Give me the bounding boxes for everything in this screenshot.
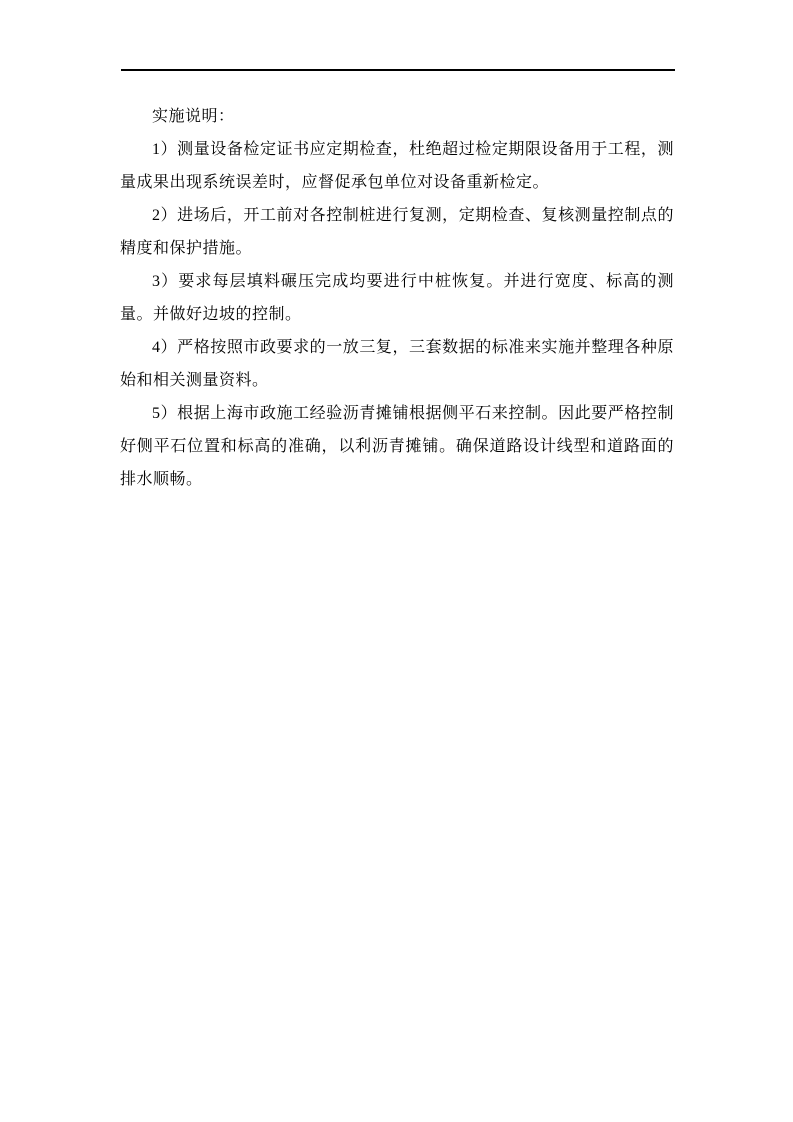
paragraph-item-5: 5）根据上海市政施工经验沥青摊铺根据侧平石来控制。因此要严格控制好侧平石位置和标… [120,397,674,496]
paragraph-item-4: 4）严格按照市政要求的一放三复，三套数据的标准来实施并整理各种原始和相关测量资料… [120,331,674,397]
paragraph-item-3: 3）要求每层填料碾压完成均要进行中桩恢复。并进行宽度、标高的测量。并做好边坡的控… [120,265,674,331]
paragraph-item-2: 2）进场后，开工前对各控制桩进行复测，定期检查、复核测量控制点的精度和保护措施。 [120,199,674,265]
document-body: 实施说明： 1）测量设备检定证书应定期检查，杜绝超过检定期限设备用于工程，测量成… [120,100,674,496]
header-divider-line [121,69,675,71]
document-page: { "page": { "background_color": "#ffffff… [0,0,793,1122]
page-canvas: 实施说明： 1）测量设备检定证书应定期检查，杜绝超过检定期限设备用于工程，测量成… [0,0,793,1122]
section-heading: 实施说明： [120,100,674,133]
paragraph-item-1: 1）测量设备检定证书应定期检查，杜绝超过检定期限设备用于工程，测量成果出现系统误… [120,133,674,199]
